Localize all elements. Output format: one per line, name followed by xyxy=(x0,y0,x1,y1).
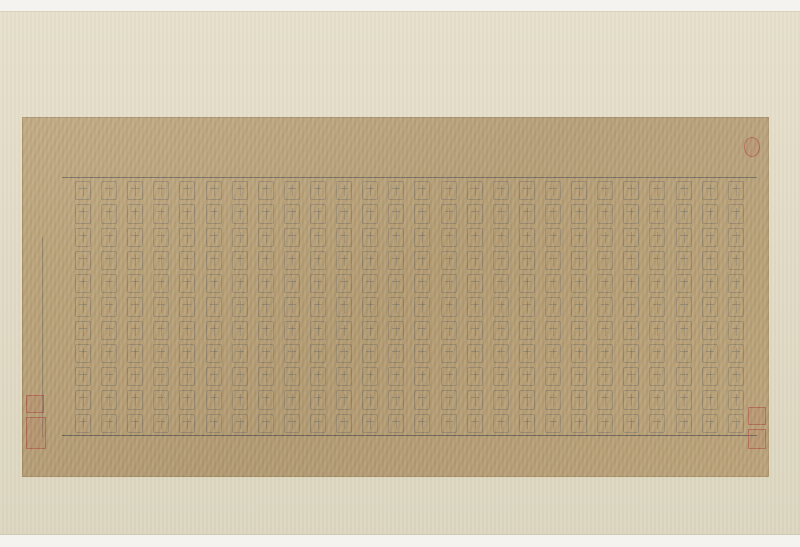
outline-character xyxy=(571,204,587,223)
outline-character xyxy=(388,390,404,409)
outline-character xyxy=(153,181,169,200)
outline-character xyxy=(388,181,404,200)
outline-character xyxy=(545,321,561,340)
outline-character xyxy=(623,367,639,386)
outline-character xyxy=(310,344,326,363)
outline-character xyxy=(179,228,195,247)
outline-character xyxy=(75,414,91,433)
calligraphy-columns xyxy=(62,181,757,433)
outline-character xyxy=(493,181,509,200)
calligraphy-column xyxy=(281,181,303,433)
outline-character xyxy=(728,228,744,247)
outline-character xyxy=(519,344,535,363)
outline-character xyxy=(649,181,665,200)
outline-character xyxy=(179,274,195,293)
outline-character xyxy=(441,181,457,200)
calligraphy-column xyxy=(333,181,355,433)
outline-character xyxy=(388,297,404,316)
outline-character xyxy=(153,367,169,386)
outline-character xyxy=(336,274,352,293)
outline-character xyxy=(623,297,639,316)
outline-character xyxy=(597,321,613,340)
outline-character xyxy=(101,204,117,223)
outline-character xyxy=(75,181,91,200)
outline-character xyxy=(519,274,535,293)
outline-character xyxy=(232,181,248,200)
outline-character xyxy=(232,251,248,270)
outline-character xyxy=(728,321,744,340)
outline-character xyxy=(388,204,404,223)
outline-character xyxy=(728,344,744,363)
outline-character xyxy=(101,297,117,316)
outline-character xyxy=(101,251,117,270)
outline-character xyxy=(284,204,300,223)
outline-character xyxy=(101,390,117,409)
outline-character xyxy=(310,367,326,386)
outline-character xyxy=(310,414,326,433)
outline-character xyxy=(362,414,378,433)
outline-character xyxy=(153,251,169,270)
outline-character xyxy=(232,390,248,409)
outline-character xyxy=(597,181,613,200)
outline-character xyxy=(127,204,143,223)
outline-character xyxy=(232,414,248,433)
outline-character xyxy=(206,204,222,223)
outline-character xyxy=(232,297,248,316)
outline-character xyxy=(441,390,457,409)
outline-character xyxy=(571,414,587,433)
outline-character xyxy=(545,251,561,270)
outline-character xyxy=(127,181,143,200)
outline-character xyxy=(467,251,483,270)
outline-character xyxy=(467,274,483,293)
calligraphy-column xyxy=(150,181,172,433)
outline-character xyxy=(127,297,143,316)
outline-character xyxy=(676,321,692,340)
outline-character xyxy=(336,228,352,247)
outline-character xyxy=(179,204,195,223)
outline-character xyxy=(362,228,378,247)
outline-character xyxy=(441,251,457,270)
outline-character xyxy=(702,390,718,409)
outline-character xyxy=(649,321,665,340)
outline-character xyxy=(284,390,300,409)
outline-character xyxy=(441,204,457,223)
bottom-border-line xyxy=(62,435,757,436)
outline-character xyxy=(101,367,117,386)
outline-character xyxy=(519,204,535,223)
outline-character xyxy=(284,181,300,200)
outline-character xyxy=(206,274,222,293)
outline-character xyxy=(519,390,535,409)
outline-character xyxy=(623,414,639,433)
outline-character xyxy=(362,367,378,386)
outline-character xyxy=(310,321,326,340)
outline-character xyxy=(623,204,639,223)
outline-character xyxy=(284,228,300,247)
outline-character xyxy=(127,344,143,363)
outline-character xyxy=(702,274,718,293)
outline-character xyxy=(649,274,665,293)
outline-character xyxy=(571,367,587,386)
outline-character xyxy=(258,344,274,363)
outline-character xyxy=(414,228,430,247)
outline-character xyxy=(493,367,509,386)
outline-character xyxy=(702,204,718,223)
outline-character xyxy=(153,344,169,363)
outline-character xyxy=(519,251,535,270)
calligraphy-column xyxy=(176,181,198,433)
outline-character xyxy=(493,321,509,340)
outline-character xyxy=(649,228,665,247)
outline-character xyxy=(493,274,509,293)
calligraphy-column xyxy=(411,181,433,433)
outline-character xyxy=(127,414,143,433)
outline-character xyxy=(310,228,326,247)
outline-character xyxy=(493,390,509,409)
outline-character xyxy=(623,181,639,200)
outline-character xyxy=(623,321,639,340)
outline-character xyxy=(75,390,91,409)
outline-character xyxy=(179,367,195,386)
outline-character xyxy=(441,228,457,247)
outline-character xyxy=(362,344,378,363)
outline-character xyxy=(676,228,692,247)
outline-character xyxy=(258,204,274,223)
outline-character xyxy=(676,181,692,200)
outline-character xyxy=(571,181,587,200)
outline-character xyxy=(414,274,430,293)
outline-character xyxy=(623,274,639,293)
outline-character xyxy=(728,181,744,200)
calligraphy-column xyxy=(72,181,94,433)
outline-character xyxy=(232,321,248,340)
outline-character xyxy=(676,204,692,223)
outline-character xyxy=(649,297,665,316)
outline-character xyxy=(571,321,587,340)
outline-character xyxy=(127,274,143,293)
outline-character xyxy=(571,344,587,363)
outline-character xyxy=(101,414,117,433)
outline-character xyxy=(414,181,430,200)
outline-character xyxy=(310,204,326,223)
outline-character xyxy=(441,274,457,293)
outline-character xyxy=(336,390,352,409)
outline-character xyxy=(519,414,535,433)
outline-character xyxy=(493,251,509,270)
outline-character xyxy=(702,251,718,270)
outline-character xyxy=(414,321,430,340)
outline-character xyxy=(545,274,561,293)
outline-character xyxy=(441,367,457,386)
outline-character xyxy=(702,367,718,386)
outline-character xyxy=(232,274,248,293)
outline-character xyxy=(336,251,352,270)
outline-character xyxy=(545,181,561,200)
outline-character xyxy=(728,274,744,293)
calligraphy-column xyxy=(725,181,747,433)
outline-character xyxy=(179,414,195,433)
outline-character xyxy=(467,367,483,386)
outline-character xyxy=(336,367,352,386)
outline-character xyxy=(75,251,91,270)
calligraphy-column xyxy=(438,181,460,433)
outline-character xyxy=(597,390,613,409)
outline-character xyxy=(75,321,91,340)
outline-character xyxy=(414,297,430,316)
outline-character xyxy=(545,367,561,386)
outline-character xyxy=(258,251,274,270)
outline-character xyxy=(75,204,91,223)
outline-character xyxy=(388,251,404,270)
outline-character xyxy=(101,181,117,200)
outline-character xyxy=(388,344,404,363)
calligraphy-column xyxy=(542,181,564,433)
calligraphy-column xyxy=(646,181,668,433)
outline-character xyxy=(206,344,222,363)
outline-character xyxy=(388,274,404,293)
outline-character xyxy=(179,321,195,340)
outline-character xyxy=(467,414,483,433)
outline-character xyxy=(388,414,404,433)
calligraphy-column xyxy=(699,181,721,433)
outline-character xyxy=(623,251,639,270)
collector-seal-top-right xyxy=(744,137,760,157)
outline-character xyxy=(179,181,195,200)
outline-character xyxy=(127,228,143,247)
outline-character xyxy=(310,181,326,200)
collector-seal-bottom-right xyxy=(748,407,766,425)
outline-character xyxy=(336,204,352,223)
outline-character xyxy=(702,321,718,340)
outline-character xyxy=(153,228,169,247)
outline-character xyxy=(153,297,169,316)
calligraphy-column xyxy=(673,181,695,433)
outline-character xyxy=(101,274,117,293)
outline-character xyxy=(206,181,222,200)
outline-character xyxy=(728,251,744,270)
outline-character xyxy=(75,344,91,363)
calligraphy-column xyxy=(516,181,538,433)
outline-character xyxy=(206,228,222,247)
outline-character xyxy=(336,344,352,363)
outline-character xyxy=(127,367,143,386)
outline-character xyxy=(571,274,587,293)
calligraphy-column xyxy=(620,181,642,433)
outline-character xyxy=(75,367,91,386)
outline-character xyxy=(467,204,483,223)
outline-character xyxy=(414,344,430,363)
outline-character xyxy=(728,204,744,223)
calligraphy-column xyxy=(229,181,251,433)
outline-character xyxy=(75,228,91,247)
calligraphy-column xyxy=(568,181,590,433)
outline-character xyxy=(206,297,222,316)
outline-character xyxy=(153,390,169,409)
outline-character xyxy=(206,367,222,386)
outline-character xyxy=(232,204,248,223)
outline-character xyxy=(545,414,561,433)
top-border-line xyxy=(62,177,757,178)
calligraphy-column xyxy=(464,181,486,433)
outline-character xyxy=(649,251,665,270)
outline-character xyxy=(545,297,561,316)
outline-character xyxy=(545,228,561,247)
outline-character xyxy=(623,390,639,409)
outline-character xyxy=(206,321,222,340)
outline-character xyxy=(414,251,430,270)
outline-character xyxy=(388,228,404,247)
outline-character xyxy=(127,321,143,340)
outline-character xyxy=(362,181,378,200)
outline-character xyxy=(519,181,535,200)
outline-character xyxy=(206,251,222,270)
outline-character xyxy=(441,344,457,363)
outline-character xyxy=(310,297,326,316)
outline-character xyxy=(467,390,483,409)
outline-character xyxy=(284,321,300,340)
outline-character xyxy=(702,181,718,200)
outline-character xyxy=(336,414,352,433)
outline-character xyxy=(284,274,300,293)
collector-seal-bottom-left xyxy=(26,395,44,413)
outline-character xyxy=(258,390,274,409)
outline-character xyxy=(467,228,483,247)
outline-character xyxy=(336,321,352,340)
outline-character xyxy=(571,390,587,409)
calligraphy-column xyxy=(98,181,120,433)
outline-character xyxy=(284,251,300,270)
outline-character xyxy=(101,228,117,247)
outline-character xyxy=(310,390,326,409)
outline-character xyxy=(362,204,378,223)
outline-character xyxy=(258,297,274,316)
outline-character xyxy=(284,344,300,363)
calligraphy-column xyxy=(385,181,407,433)
outline-character xyxy=(702,344,718,363)
outline-character xyxy=(545,204,561,223)
outline-character xyxy=(101,344,117,363)
outline-character xyxy=(493,204,509,223)
outline-character xyxy=(258,228,274,247)
outline-character xyxy=(676,390,692,409)
outline-character xyxy=(519,297,535,316)
calligraphy-column xyxy=(307,181,329,433)
outline-character xyxy=(728,390,744,409)
calligraphy-column xyxy=(124,181,146,433)
outline-character xyxy=(649,204,665,223)
outline-character xyxy=(232,344,248,363)
outline-character xyxy=(153,204,169,223)
outline-character xyxy=(179,390,195,409)
outline-character xyxy=(258,367,274,386)
outline-character xyxy=(649,390,665,409)
outline-character xyxy=(519,321,535,340)
outline-character xyxy=(623,228,639,247)
calligraphy-column xyxy=(594,181,616,433)
outline-character xyxy=(597,274,613,293)
outline-character xyxy=(597,367,613,386)
calligraphy-column xyxy=(255,181,277,433)
outline-character xyxy=(597,344,613,363)
outline-character xyxy=(702,414,718,433)
outline-character xyxy=(258,321,274,340)
outline-character xyxy=(649,344,665,363)
outline-character xyxy=(362,251,378,270)
calligraphy-column xyxy=(359,181,381,433)
outline-character xyxy=(441,297,457,316)
outline-character xyxy=(597,414,613,433)
outline-character xyxy=(676,251,692,270)
outline-character xyxy=(310,274,326,293)
outline-character xyxy=(597,204,613,223)
outline-character xyxy=(597,297,613,316)
outline-character xyxy=(467,297,483,316)
outline-character xyxy=(467,344,483,363)
outline-character xyxy=(571,251,587,270)
outline-character xyxy=(519,228,535,247)
outline-character xyxy=(649,367,665,386)
scroll-mount xyxy=(0,12,800,534)
collector-seal-bottom-left-lower xyxy=(26,417,46,449)
outline-character xyxy=(493,344,509,363)
outline-character xyxy=(545,344,561,363)
outline-character xyxy=(153,274,169,293)
outline-character xyxy=(362,321,378,340)
outline-character xyxy=(336,181,352,200)
outline-character xyxy=(284,297,300,316)
outline-character xyxy=(493,297,509,316)
outline-character xyxy=(362,390,378,409)
outline-character xyxy=(597,228,613,247)
outline-character xyxy=(649,414,665,433)
outline-character xyxy=(388,367,404,386)
outline-character xyxy=(232,367,248,386)
outline-character xyxy=(414,367,430,386)
outline-character xyxy=(179,251,195,270)
outline-character xyxy=(284,414,300,433)
outline-character xyxy=(728,297,744,316)
outline-character xyxy=(414,414,430,433)
outline-character xyxy=(702,297,718,316)
outline-character xyxy=(127,390,143,409)
outline-character xyxy=(258,414,274,433)
outline-character xyxy=(284,367,300,386)
outline-character xyxy=(467,321,483,340)
outline-character xyxy=(310,251,326,270)
outline-character xyxy=(153,321,169,340)
outline-character xyxy=(75,297,91,316)
outline-character xyxy=(441,321,457,340)
outline-character xyxy=(153,414,169,433)
outline-character xyxy=(571,297,587,316)
outline-character xyxy=(676,274,692,293)
calligraphy-column xyxy=(490,181,512,433)
outline-character xyxy=(493,414,509,433)
outline-character xyxy=(179,344,195,363)
outline-character xyxy=(232,228,248,247)
outline-character xyxy=(441,414,457,433)
outline-character xyxy=(676,344,692,363)
outline-character xyxy=(597,251,613,270)
outline-character xyxy=(336,297,352,316)
outline-character xyxy=(676,367,692,386)
collector-seal-bottom-right-lower xyxy=(748,429,766,449)
outline-character xyxy=(623,344,639,363)
outline-character xyxy=(467,181,483,200)
outline-character xyxy=(728,414,744,433)
outline-character xyxy=(362,297,378,316)
